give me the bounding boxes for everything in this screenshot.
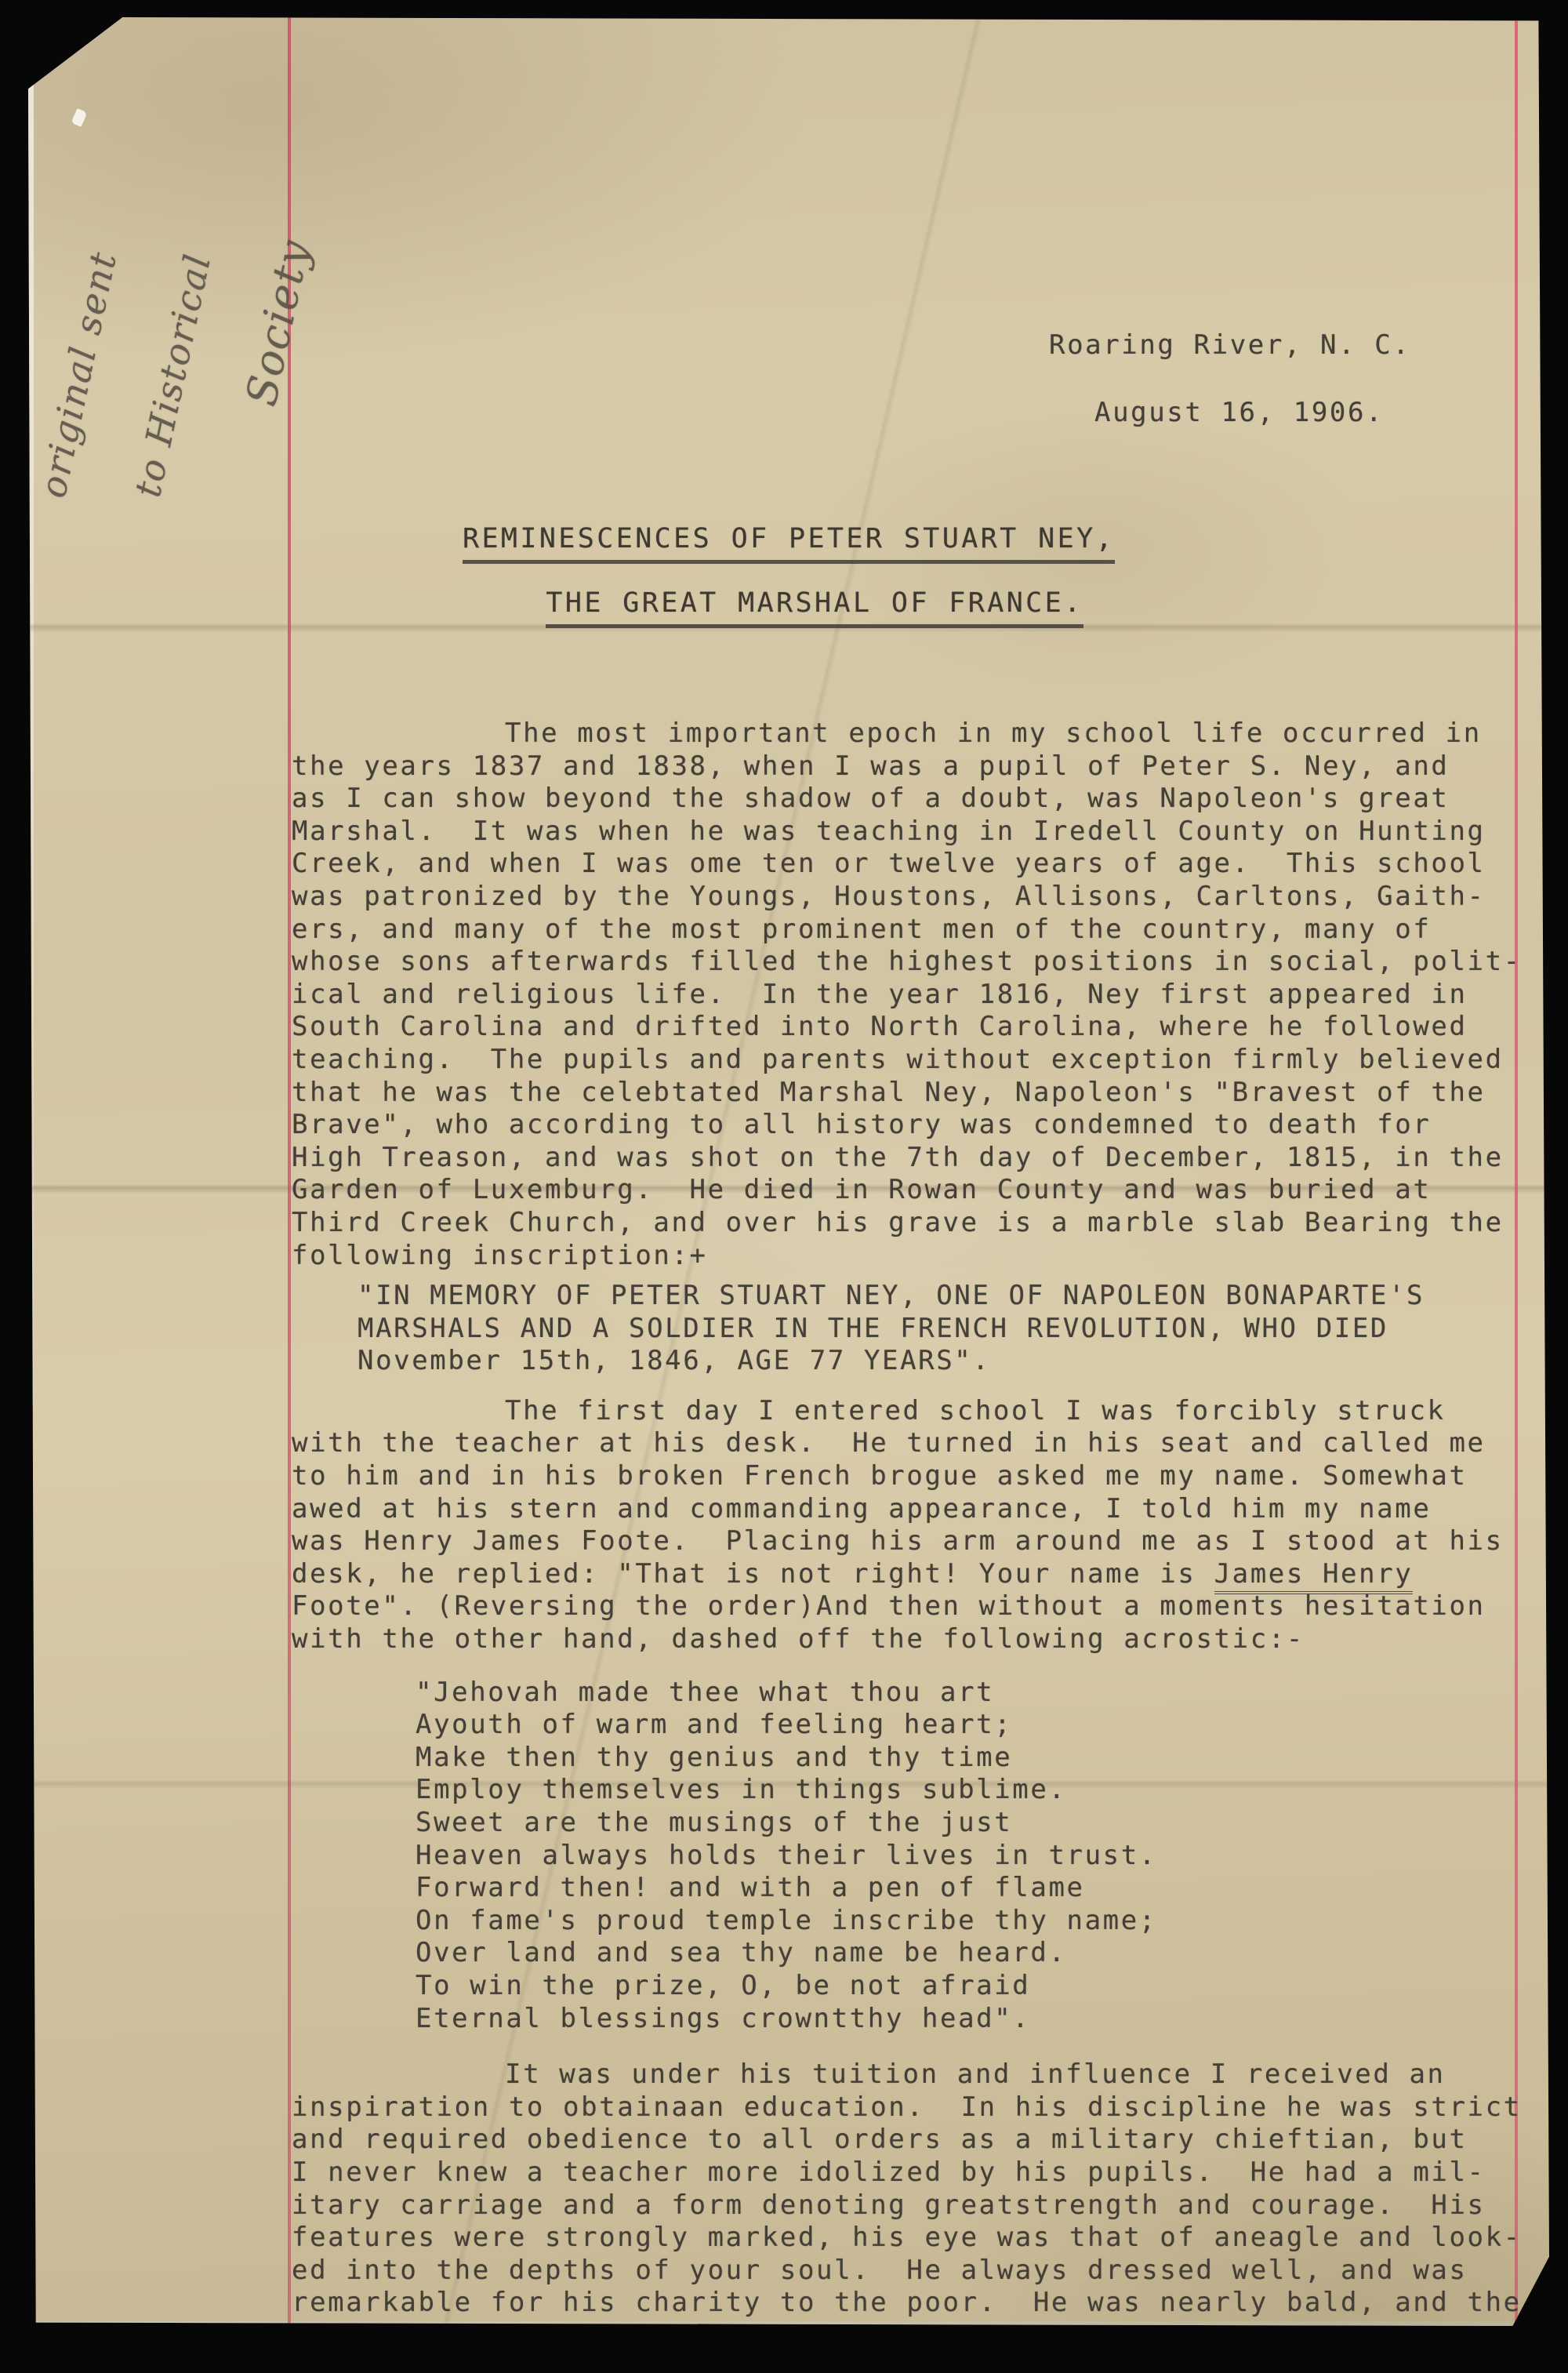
text-line: itary carriage and a form denoting great… — [292, 2189, 1524, 2222]
text-line: The most important epoch in my school li… — [292, 718, 1524, 750]
text-line: ical and religious life. In the year 181… — [292, 979, 1524, 1012]
text-line: awed at his stern and commanding appeara… — [292, 1493, 1524, 1526]
text-line: Creek, and when I was ome ten or twelve … — [292, 848, 1524, 881]
text-line: whose sons afterwards filled the highest… — [292, 946, 1524, 979]
date-line: August 16, 1906. — [1094, 397, 1410, 430]
text-line: Sweet are the musings of the just — [416, 1807, 1524, 1840]
text-line: Third Creek Church, and over his grave i… — [292, 1207, 1524, 1240]
text-line: Brave", who according to all history was… — [292, 1109, 1524, 1142]
text-line: Employ themselves in things sublime. — [416, 1774, 1524, 1807]
paper-bottom-edge — [36, 2321, 1510, 2326]
text-line: Over land and sea thy name be heard. — [416, 1937, 1524, 1970]
paragraph-1: The most important epoch in my school li… — [292, 718, 1524, 1272]
text-line: Make then thy genius and thy time — [416, 1742, 1524, 1775]
title-line-1: REMINESCENCES OF PETER STUART NEY, — [463, 523, 1115, 564]
acrostic-poem: "Jehovah made thee what thou artAyouth o… — [416, 1677, 1524, 2036]
text-line: "Jehovah made thee what thou art — [416, 1677, 1524, 1710]
text-line: November 15th, 1846, AGE 77 YEARS". — [358, 1345, 1524, 1378]
text-line: as I can show beyond the shadow of a dou… — [292, 783, 1524, 816]
text-line: desk, he replied: "That is not right! Yo… — [292, 1558, 1524, 1591]
text-line: was Henry James Foote. Placing his arm a… — [292, 1525, 1524, 1558]
text-line: Foote". (Reversing the order)And then wi… — [292, 1590, 1524, 1623]
text-line: the years 1837 and 1838, when I was a pu… — [292, 750, 1524, 783]
text-line: Forward then! and with a pen of flame — [416, 1872, 1524, 1905]
place-line: Roaring River, N. C. — [1049, 329, 1410, 362]
paragraph-2-part-c: Foote". (Reversing the order)And then wi… — [292, 1590, 1524, 1655]
document-body: The most important epoch in my school li… — [292, 718, 1524, 2320]
text-line: was patronized by the Youngs, Houstons, … — [292, 881, 1524, 914]
text-line: inspiration to obtainaan education. In h… — [292, 2091, 1524, 2124]
text-line: to him and in his broken French brogue a… — [292, 1460, 1524, 1493]
text-line: Eternal blessings crowntthy head". — [416, 2003, 1524, 2036]
paragraph-2: The first day I entered school I was for… — [292, 1395, 1524, 1656]
text-line: teaching. The pupils and parents without… — [292, 1044, 1524, 1077]
text-line: The first day I entered school I was for… — [292, 1395, 1524, 1428]
text-line: High Treason, and was shot on the 7th da… — [292, 1142, 1524, 1175]
text-line: To win the prize, O, be not afraid — [416, 1970, 1524, 2003]
text-line: Ayouth of warm and feeling heart; — [416, 1709, 1524, 1742]
text-line: that he was the celebtated Marshal Ney, … — [292, 1077, 1524, 1110]
text-line: features were strongly marked, his eye w… — [292, 2222, 1524, 2255]
text-line: following inscription:+ — [292, 1240, 1524, 1273]
document-title: REMINESCENCES OF PETER STUART NEY, THE G… — [28, 523, 1549, 628]
text-line: remarkable for his charity to the poor. … — [292, 2287, 1524, 2320]
text-line: ed into the depths of your soul. He alwa… — [292, 2255, 1524, 2288]
text-line: On fame's proud temple inscribe thy name… — [416, 1905, 1524, 1938]
text-line: and required obedience to all orders as … — [292, 2124, 1524, 2157]
handwritten-note: original sentto HistoricalSociety — [7, 89, 363, 545]
text-line: It was under his tuition and influence I… — [292, 2059, 1524, 2091]
text-line: Garden of Luxemburg. He died in Rowan Co… — [292, 1174, 1524, 1207]
document-page: original sentto HistoricalSociety Roarin… — [28, 17, 1549, 2326]
text-line: "IN MEMORY OF PETER STUART NEY, ONE OF N… — [358, 1280, 1524, 1313]
text-line: ers, and many of the most prominent men … — [292, 914, 1524, 947]
paragraph-3: It was under his tuition and influence I… — [292, 2059, 1524, 2320]
dateline: Roaring River, N. C. August 16, 1906. — [1049, 329, 1410, 429]
inscription-block: "IN MEMORY OF PETER STUART NEY, ONE OF N… — [358, 1280, 1524, 1378]
text-line: Marshal. It was when he was teaching in … — [292, 816, 1524, 849]
text-line: I never knew a teacher more idolized by … — [292, 2157, 1524, 2189]
title-line-2: THE GREAT MARSHAL OF FRANCE. — [546, 587, 1083, 628]
underlined-name: James Henry — [1214, 1558, 1414, 1594]
text-line: with the other hand, dashed off the foll… — [292, 1623, 1524, 1656]
paper-edge-highlight — [28, 72, 34, 1405]
paragraph-2-part-a: The first day I entered school I was for… — [292, 1395, 1524, 1558]
text-line: Heaven always holds their lives in trust… — [416, 1840, 1524, 1873]
text-line: MARSHALS AND A SOLDIER IN THE FRENCH REV… — [358, 1313, 1524, 1346]
text-line: South Carolina and drifted into North Ca… — [292, 1011, 1524, 1044]
line-text: desk, he replied: "That is not right! Yo… — [292, 1558, 1214, 1590]
text-line: with the teacher at his desk. He turned … — [292, 1427, 1524, 1460]
